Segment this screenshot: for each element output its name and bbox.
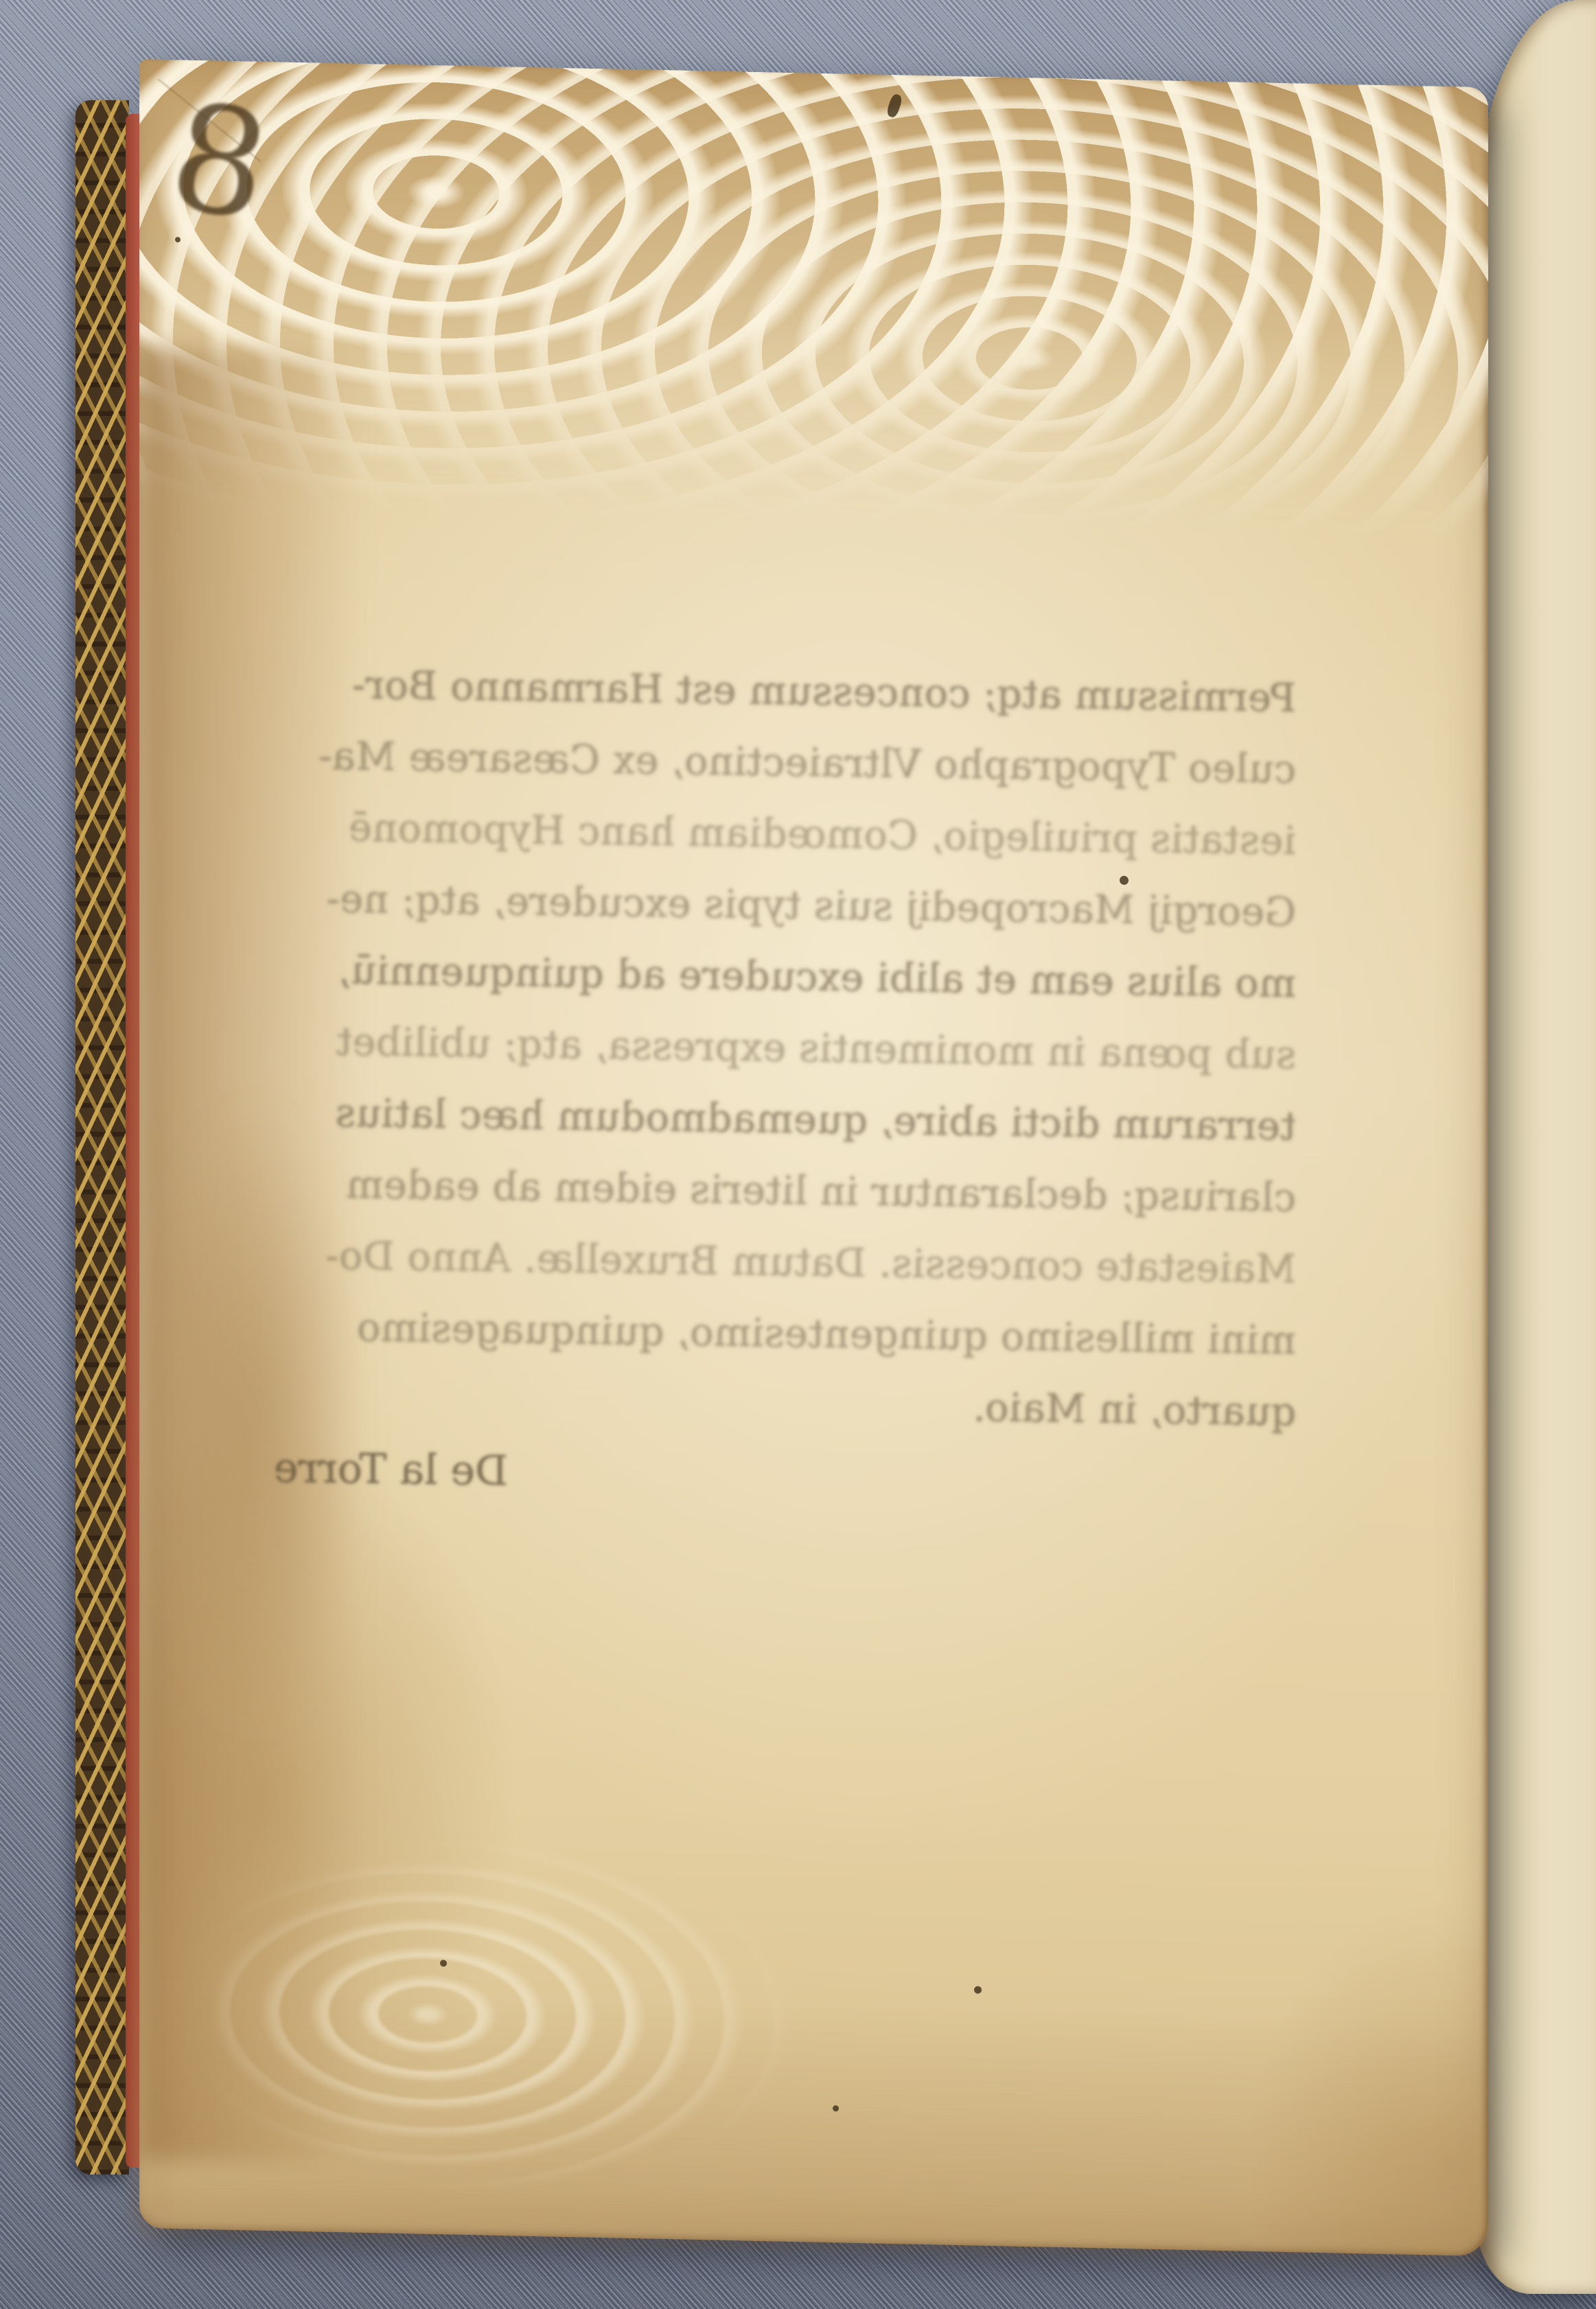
binding-spine xyxy=(76,100,129,2174)
showthrough-line: Maiestate concessis. Datum Bruxellæ. Ann… xyxy=(379,1221,1296,1306)
flyleaf-page xyxy=(1476,0,1596,2294)
showthrough-line: culeo Typographo Vltraiectino, ex Cæsare… xyxy=(379,721,1296,806)
printer-signature: De la Torre xyxy=(269,1444,508,1496)
showthrough-line: Georgij Macropedij suis typis excudere, … xyxy=(379,864,1296,949)
showthrough-line: clariusq; declarantur in literis eidem a… xyxy=(379,1150,1296,1234)
gilt-tooling-pattern xyxy=(76,100,129,2174)
showthrough-line: mo alius eam et alibi excudere ad quinqu… xyxy=(379,936,1296,1020)
page-mottling-bottom xyxy=(181,1831,798,2201)
ink-speck xyxy=(974,1986,982,1993)
ink-speck xyxy=(833,2105,839,2111)
showthrough-line: mini millesimo quingentesimo, quinquages… xyxy=(379,1292,1296,1377)
ink-speck xyxy=(440,1960,447,1966)
showthrough-line: sub pœna in monimentis expressa, atq; ub… xyxy=(379,1007,1296,1091)
showthrough-line: quarto, in Maio. xyxy=(379,1364,1296,1448)
showthrough-line: terrarum dicti abire, quemadmodum hæc la… xyxy=(379,1078,1296,1163)
photo-canvas: 8 Permissum atq; concessum est Harmanno … xyxy=(0,0,1596,2309)
showthrough-line: Permissum atq; concessum est Harmanno Bo… xyxy=(379,650,1296,734)
showthrough-text-block: Permissum atq; concessum est Harmanno Bo… xyxy=(379,650,1296,1448)
showthrough-line: iestatis priuilegio, Comœdiam hanc Hypom… xyxy=(379,793,1296,877)
